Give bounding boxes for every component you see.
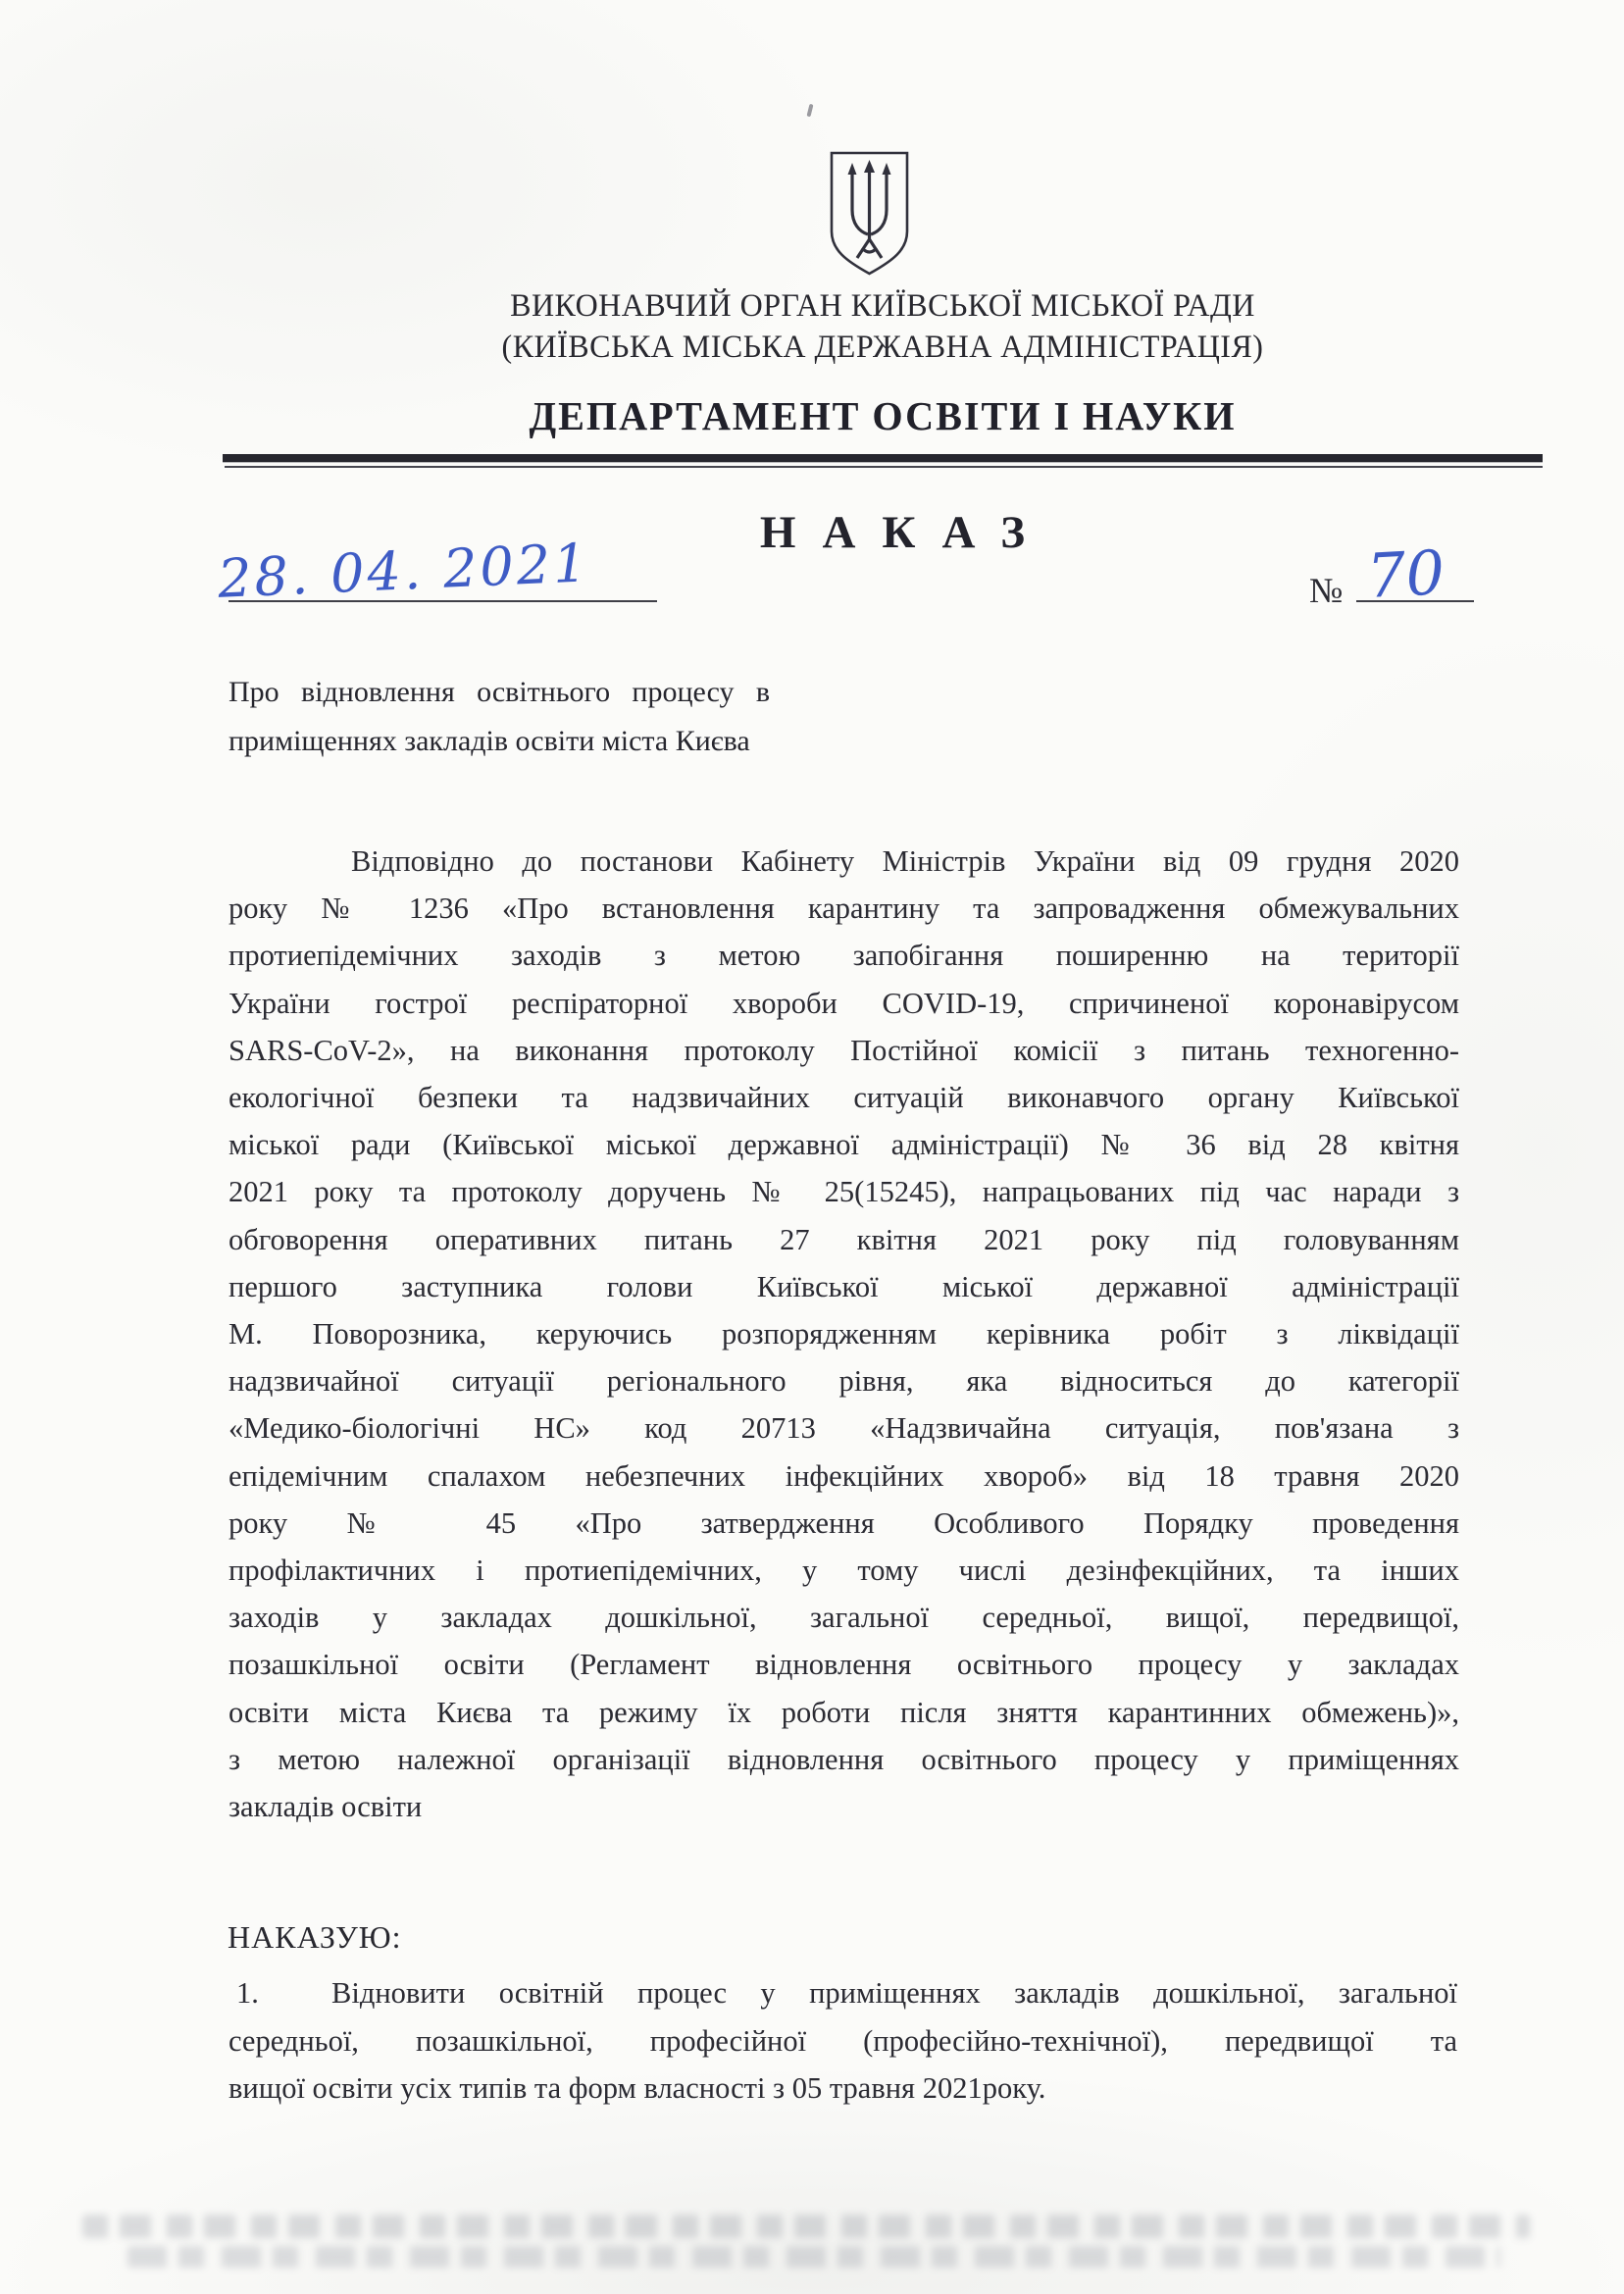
body-line: 2021 року та протоколу доручень № 25(152… xyxy=(228,1168,1459,1215)
header-rule-thin xyxy=(225,466,1543,468)
body-line: SARS-CoV-2», на виконання протоколу Пост… xyxy=(228,1027,1459,1074)
number-underline xyxy=(1356,600,1474,602)
body-line: епідемічним спалахом небезпечних інфекці… xyxy=(228,1453,1459,1500)
body-line: року № 1236 «Про встановлення карантину … xyxy=(228,885,1459,932)
scan-speck xyxy=(806,104,813,118)
subject-block: Про відновлення освітнього процесу в при… xyxy=(228,668,770,766)
org-name-line1: ВИКОНАВЧИЙ ОРГАН КИЇВСЬКОЇ МІСЬКОЇ РАДИ xyxy=(255,285,1510,327)
date-underline xyxy=(228,600,657,602)
number-sign: № xyxy=(1309,570,1343,611)
body-line: протиепідемічних заходів з метою запобіг… xyxy=(228,932,1459,979)
item-line: середньої, позашкільної, професійної (пр… xyxy=(228,2017,1457,2065)
body-line: першого заступника голови Київської місь… xyxy=(228,1263,1459,1310)
order-item-1: 1. Відновити освітній процес у приміщенн… xyxy=(228,1969,1457,2113)
body-line: року № 45 «Про затвердження Особливого П… xyxy=(228,1500,1459,1547)
handwritten-date: 28. 04. 2021 xyxy=(217,533,572,610)
body-line: з метою належної організації відновлення… xyxy=(228,1736,1459,1783)
item-number: 1. xyxy=(236,1969,259,2017)
subject-line: приміщеннях закладів освіти міста Києва xyxy=(228,717,770,766)
preamble-paragraph: Відповідно до постанови Кабінету Міністр… xyxy=(228,838,1459,1830)
body-line: міської ради (Київської міської державно… xyxy=(228,1121,1459,1168)
body-line: закладів освіти xyxy=(228,1783,1459,1830)
body-line: надзвичайної ситуації регіонального рівн… xyxy=(228,1357,1459,1404)
bleedthrough-ghost-line xyxy=(127,2246,1500,2268)
body-line: позашкільної освіти (Регламент відновлен… xyxy=(228,1641,1459,1688)
department-name: ДЕПАРТАМЕНТ ОСВІТИ І НАУКИ xyxy=(248,392,1517,439)
item-line: вищої освіти усіх типів та форм власност… xyxy=(228,2065,1457,2113)
body-line: України гострої респіраторної хвороби CO… xyxy=(228,980,1459,1027)
item-line: Відновити освітній процес у приміщеннях … xyxy=(228,1969,1457,2017)
bleedthrough-ghost-line xyxy=(82,2215,1530,2238)
body-line: профілактичних і протиепідемічних, у том… xyxy=(228,1547,1459,1594)
trident-emblem xyxy=(822,149,917,280)
body-line: «Медико-біологічні НС» код 20713 «Надзви… xyxy=(228,1404,1459,1452)
org-name-line2: (КИЇВСЬКА МІСЬКА ДЕРЖАВНА АДМІНІСТРАЦІЯ) xyxy=(255,327,1510,368)
body-line: освіти міста Києва та режиму їх роботи п… xyxy=(228,1689,1459,1736)
body-line: Відповідно до постанови Кабінету Міністр… xyxy=(228,838,1459,885)
header-rule-thick xyxy=(223,454,1543,462)
document-type-title: НАКАЗ xyxy=(588,506,1196,559)
body-line: екологічної безпеки та надзвичайних ситу… xyxy=(228,1074,1459,1121)
body-line: заходів у закладах дошкільної, загальної… xyxy=(228,1594,1459,1641)
order-heading: НАКАЗУЮ: xyxy=(228,1919,402,1956)
body-line: обговорення оперативних питань 27 квітня… xyxy=(228,1216,1459,1263)
body-line: М. Поворозника, керуючись розпорядженням… xyxy=(228,1310,1459,1357)
subject-line: Про відновлення освітнього процесу в xyxy=(228,668,770,717)
